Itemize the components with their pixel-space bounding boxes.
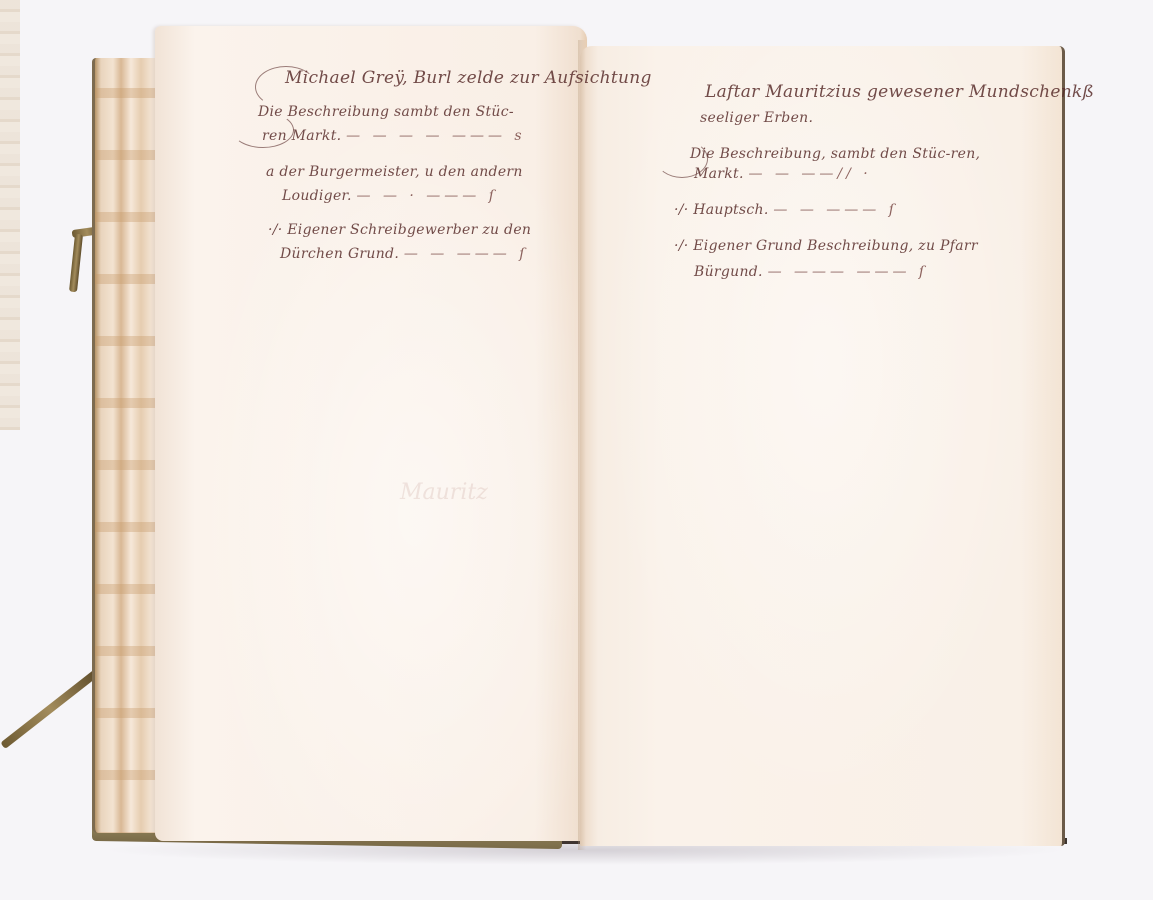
book-gutter — [578, 40, 586, 850]
left-page — [155, 26, 587, 841]
open-manuscript-book: Michael Greÿ, Burl zelde zur Aufsichtung… — [0, 0, 1153, 900]
left-entry-line: ·/· Eigener Schreibgewerber zu den — [268, 222, 531, 238]
left-entry-heading: Michael Greÿ, Burl zelde zur Aufsichtung — [285, 68, 652, 88]
right-entry-line: ·/· Hauptsch. — — ——— ſ — [674, 202, 898, 218]
ink-offset-ghost-text: Mauritz — [400, 480, 488, 505]
left-entry-line: a der Burgermeister, u den andern — [266, 164, 523, 180]
right-entry-heading: Laftar Mauritzius gewesener Mundschenkß — [705, 82, 1094, 102]
bookmark-ribbon-bottom — [0, 669, 99, 749]
left-entry-line: Die Beschreibung sambt den Stüc- — [258, 104, 514, 120]
left-entry-line: ren Markt. — — — — ——— s — [262, 128, 526, 144]
right-entry-line: Markt. — — ——// · — [694, 166, 872, 182]
left-entry-line: Loudiger. — — · ——— ſ — [282, 188, 498, 204]
bookmark-ribbon-top-tail — [69, 234, 83, 293]
left-entry-line: Dürchen Grund. — — ——— ſ — [280, 246, 528, 262]
right-entry-line: seeliger Erben. — [700, 110, 813, 126]
right-entry-line: Bürgund. — ——— ——— ſ — [694, 264, 928, 280]
right-entry-line: Die Beschreibung, sambt den Stüc-ren, — [690, 146, 980, 162]
right-entry-line: ·/· Eigener Grund Beschreibung, zu Pfarr — [674, 238, 978, 254]
